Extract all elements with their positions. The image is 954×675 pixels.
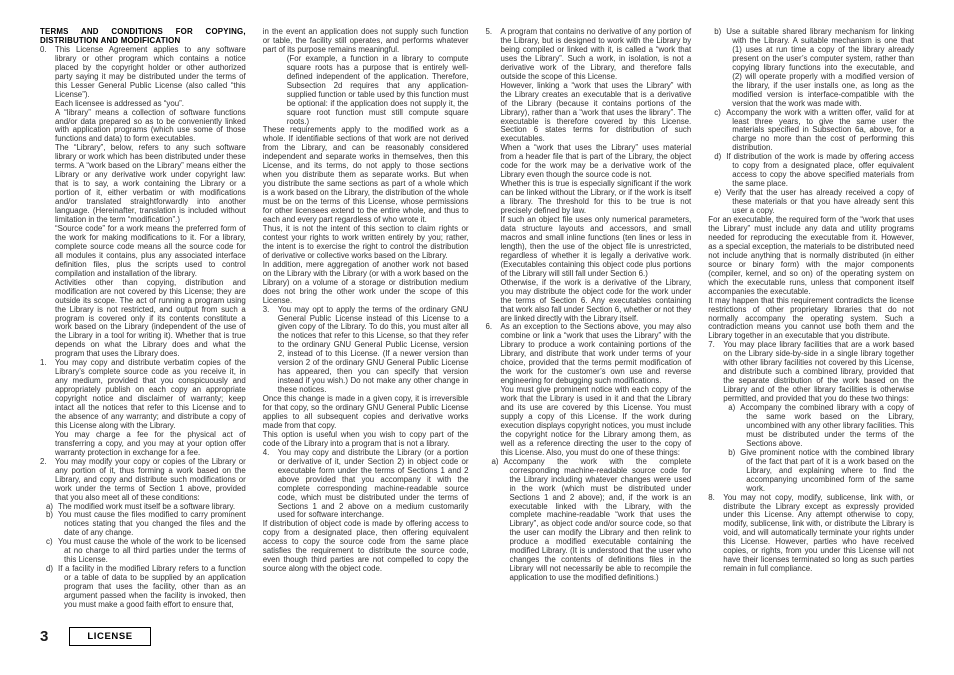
clause-text: Accompany the combined library with a co… <box>740 403 914 448</box>
clause-marker: 0. <box>40 46 55 55</box>
license-page: TERMS AND CONDITIONS FOR COPYING, DISTRI… <box>0 0 954 675</box>
paragraph: This option is useful when you wish to c… <box>263 431 469 449</box>
paragraph: Once this change is made in a given copy… <box>263 395 469 431</box>
paragraph: The “Library”, below, refers to any such… <box>55 144 246 225</box>
clause-4: 4.You may copy and distribute the Librar… <box>263 449 469 521</box>
clause-marker: b) <box>728 449 740 458</box>
paragraph: A “library” means a collection of softwa… <box>55 109 246 145</box>
clause-marker: 6. <box>486 323 501 332</box>
clause-text: You may place library facilities that ar… <box>723 340 914 403</box>
paragraph: For an executable, the required form of … <box>708 216 914 297</box>
clause-1: 1.You may copy and distribute verbatim c… <box>40 359 246 431</box>
subclause-a: a)Accompany the combined library with a … <box>708 404 914 449</box>
paragraph: Thus, it is not the intent of this secti… <box>263 225 469 261</box>
paragraph: However, linking a “work that uses the L… <box>501 82 692 145</box>
text-column-3: 5.A program that contains no derivative … <box>486 28 692 610</box>
clause-text: This License Agreement applies to any so… <box>55 45 246 99</box>
clause-text: You must cause the whole of the work to … <box>58 537 246 564</box>
clause-marker: a) <box>492 458 504 467</box>
clause-marker: d) <box>46 565 58 574</box>
clause-text: You may opt to apply the terms of the or… <box>278 305 469 395</box>
subclause-b: b)You must cause the files modified to c… <box>40 511 246 538</box>
clause-7: 7.You may place library facilities that … <box>708 341 914 404</box>
clause-marker: 2. <box>40 458 55 467</box>
subclause-d: d)If distribution of the work is made by… <box>708 153 914 189</box>
clause-text: A program that contains no derivative of… <box>501 27 692 81</box>
paragraph: You may charge a fee for the physical ac… <box>55 431 246 458</box>
clause-marker: b) <box>714 28 726 37</box>
clause-text: You may copy and distribute the Library … <box>278 448 469 520</box>
clause-text: Accompany the work with the complete cor… <box>504 457 692 582</box>
clause-marker: 4. <box>263 449 278 458</box>
paragraph: These requirements apply to the modified… <box>263 126 469 224</box>
clause-text: You must cause the files modified to car… <box>58 510 246 537</box>
clause-marker: d) <box>714 153 726 162</box>
clause-marker: 8. <box>708 494 723 503</box>
paragraph: If distribution of object code is made b… <box>263 520 469 574</box>
paragraph: It may happen that this requirement cont… <box>708 297 914 342</box>
clause-text: You may modify your copy or copies of th… <box>55 457 246 502</box>
clause-8: 8.You may not copy, modify, sublicense, … <box>708 494 914 575</box>
clause-marker: c) <box>46 538 58 547</box>
license-text-columns: TERMS AND CONDITIONS FOR COPYING, DISTRI… <box>40 28 914 610</box>
paragraph: In addition, mere aggregation of another… <box>263 261 469 306</box>
subclause-b: b)Use a suitable shared library mechanis… <box>708 28 914 109</box>
clause-marker: 5. <box>486 28 501 37</box>
clause-text: Give prominent notice with the combined … <box>740 448 914 493</box>
clause-marker: 1. <box>40 359 55 368</box>
clause-0: 0.This License Agreement applies to any … <box>40 46 246 100</box>
clause-marker: c) <box>714 109 726 118</box>
clause-text: The modified work must itself be a softw… <box>58 502 235 511</box>
page-footer: 3 LICENSE <box>40 627 151 646</box>
clause-marker: a) <box>728 404 740 413</box>
page-number: 3 <box>40 628 48 645</box>
subclause-e: e)Verify that the user has already recei… <box>708 189 914 216</box>
clause-text: As an exception to the Sections above, y… <box>501 322 692 385</box>
text-column-2: in the event an application does not sup… <box>263 28 469 610</box>
clause-5: 5.A program that contains no derivative … <box>486 28 692 82</box>
clause-marker: 7. <box>708 341 723 350</box>
clause-text: Accompany the work with a written offer,… <box>726 108 914 153</box>
clause-text: Use a suitable shared library mechanism … <box>726 27 914 108</box>
section-heading: TERMS AND CONDITIONS FOR COPYING, DISTRI… <box>40 28 246 46</box>
clause-text: You may copy and distribute verbatim cop… <box>55 358 246 430</box>
clause-text: If distribution of the work is made by o… <box>726 152 914 188</box>
paragraph: Whether this is true is especially signi… <box>501 180 692 216</box>
subclause-b: b)Give prominent notice with the combine… <box>708 449 914 494</box>
clause-text: If a facility in the modified Library re… <box>58 564 246 609</box>
paragraph: You must give prominent notice with each… <box>501 386 692 458</box>
paragraph: Otherwise, if the work is a derivative o… <box>501 279 692 324</box>
paragraph: “Source code” for a work means the prefe… <box>55 225 246 279</box>
text-column-4: b)Use a suitable shared library mechanis… <box>708 28 914 610</box>
clause-2: 2.You may modify your copy or copies of … <box>40 458 246 503</box>
subclause-d: d)If a facility in the modified Library … <box>40 565 246 610</box>
clause-text: You may not copy, modify, sublicense, li… <box>723 493 914 574</box>
text-column-1: TERMS AND CONDITIONS FOR COPYING, DISTRI… <box>40 28 246 610</box>
license-badge: LICENSE <box>69 627 150 646</box>
clause-6: 6.As an exception to the Sections above,… <box>486 323 692 386</box>
example-note: (For example, a function in a library to… <box>287 55 469 127</box>
clause-marker: b) <box>46 511 58 520</box>
clause-text: Verify that the user has already receive… <box>726 188 914 215</box>
clause-marker: 3. <box>263 306 278 315</box>
paragraph: When a “work that uses the Library” uses… <box>501 144 692 180</box>
subclause-c: c)Accompany the work with a written offe… <box>708 109 914 154</box>
subclause-c: c)You must cause the whole of the work t… <box>40 538 246 565</box>
paragraph: Activities other than copying, distribut… <box>55 279 246 360</box>
clause-marker: e) <box>714 189 726 198</box>
clause-3: 3.You may opt to apply the terms of the … <box>263 306 469 396</box>
paragraph: If such an object file uses only numeric… <box>501 216 692 279</box>
paragraph: in the event an application does not sup… <box>263 28 469 55</box>
subclause-a: a)Accompany the work with the complete c… <box>486 458 692 583</box>
